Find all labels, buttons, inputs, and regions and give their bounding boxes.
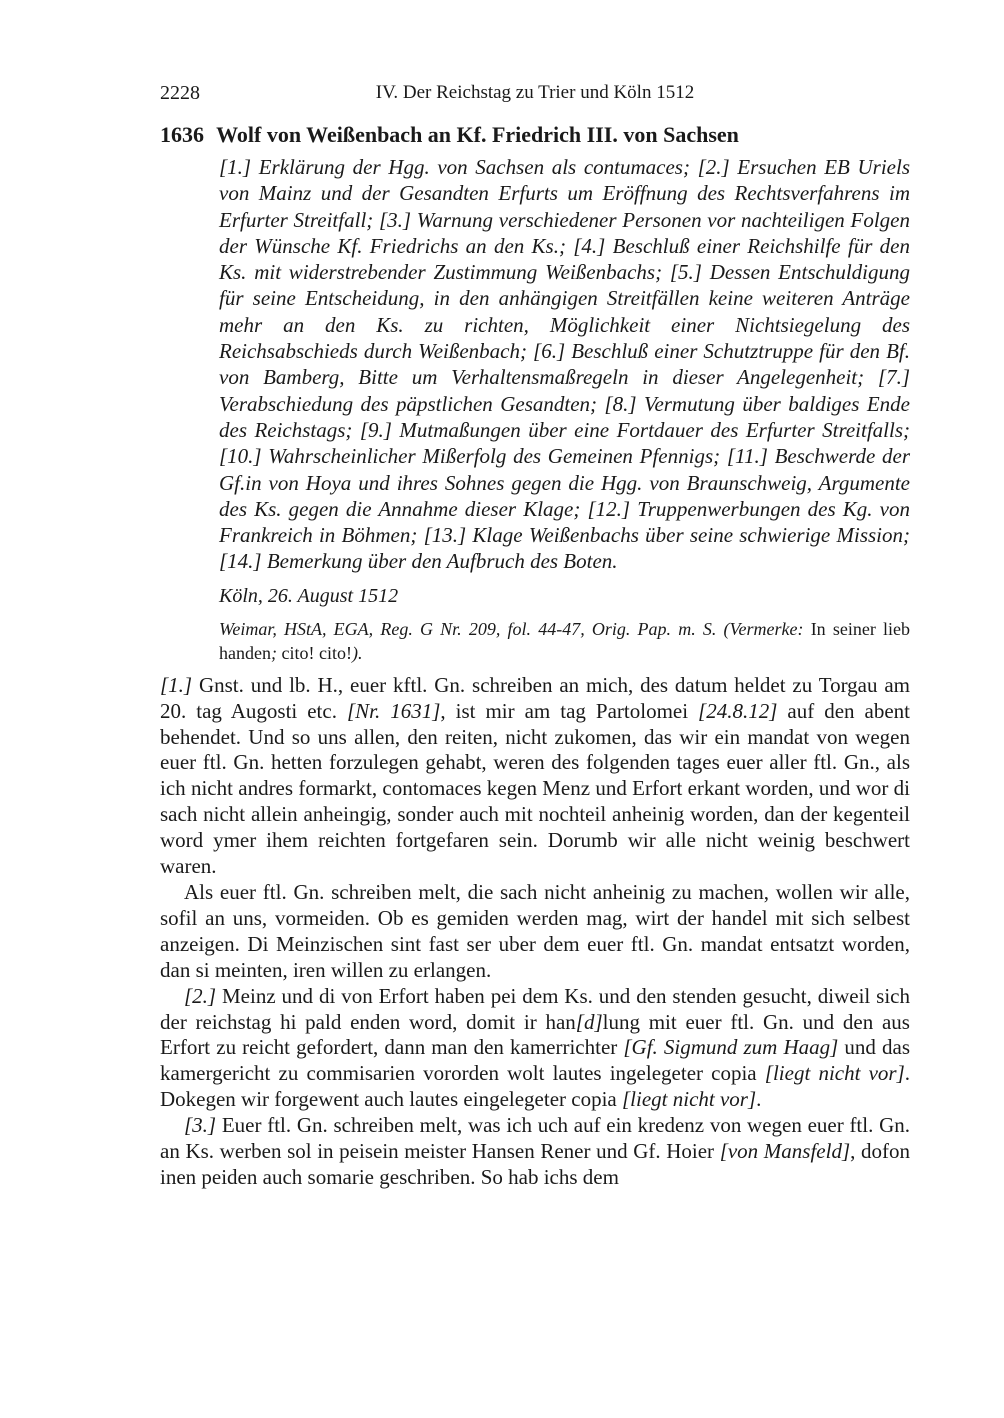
editorial-insertion: [d] — [576, 1010, 603, 1034]
text-run: auf den abent behendet. Und so uns allen… — [160, 699, 910, 878]
document-heading: 1636 Wolf von Weißenbach an Kf. Friedric… — [160, 120, 910, 150]
paragraph-4: [3.] Euer ftl. Gn. schreiben melt, was i… — [160, 1113, 910, 1191]
document-title: Wolf von Weißenbach an Kf. Friedrich III… — [216, 122, 739, 147]
editorial-reference: [liegt nicht vor] — [765, 1061, 905, 1085]
source-note-2: cito! cito! — [277, 643, 352, 663]
source-close: ). — [352, 643, 363, 663]
paragraph-1: [1.] Gnst. und lb. H., euer kftl. Gn. sc… — [160, 673, 910, 880]
regest-summary: [1.] Erklärung der Hgg. von Sachsen als … — [219, 154, 910, 575]
running-head: 2228 IV. Der Reichstag zu Trier und Köln… — [160, 78, 910, 108]
paragraph-3: [2.] Meinz und di von Erfort haben pei d… — [160, 984, 910, 1114]
section-marker: [2.] — [184, 984, 216, 1008]
document-page: 2228 IV. Der Reichstag zu Trier und Köln… — [160, 78, 910, 1191]
section-marker: [3.] — [184, 1113, 216, 1137]
editorial-reference: [Gf. Sigmund zum Haag] — [623, 1035, 838, 1059]
editorial-reference: [Nr. 1631] — [347, 699, 440, 723]
text-run: . — [756, 1087, 761, 1111]
editorial-reference: [liegt nicht vor] — [622, 1087, 756, 1111]
section-marker: [1.] — [160, 673, 192, 697]
editorial-reference: [24.8.12] — [698, 699, 777, 723]
source-citation: Weimar, HStA, EGA, Reg. G Nr. 209, fol. … — [219, 617, 910, 665]
dateline: Köln, 26. August 1512 — [219, 583, 910, 609]
editorial-reference: [von Mansfeld] — [720, 1139, 850, 1163]
running-title: IV. Der Reichstag zu Trier und Köln 1512 — [160, 78, 910, 108]
source-archive: Weimar, HStA, EGA, Reg. G Nr. 209, fol. … — [219, 619, 804, 639]
text-run: , ist mir am tag Partolomei — [440, 699, 698, 723]
letter-body: [1.] Gnst. und lb. H., euer kftl. Gn. sc… — [160, 673, 910, 1191]
document-number: 1636 — [160, 122, 204, 147]
paragraph-2: Als euer ftl. Gn. schreiben melt, die sa… — [160, 880, 910, 984]
